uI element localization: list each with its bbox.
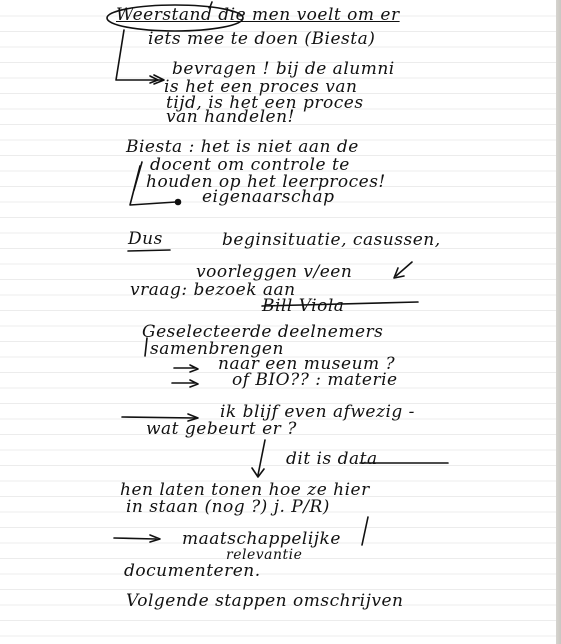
arrow-maatschappelijke	[114, 538, 156, 539]
arrow-ik-blijf	[122, 417, 196, 418]
note-line: iets mee te doen (Biesta)	[148, 30, 375, 48]
note-line: documenteren.	[124, 562, 261, 580]
note-line: dit is data	[286, 450, 378, 468]
note-line: van handelen!	[166, 108, 295, 126]
note-line: voorleggen v/een	[196, 263, 352, 281]
note-line: Weerstand die men voelt om er	[116, 6, 400, 24]
page-edge	[556, 0, 561, 644]
note-line: bevragen ! bij de alumni	[172, 60, 395, 78]
note-line: Biesta : het is niet aan de	[126, 138, 359, 156]
note-line: Volgende stappen omschrijven	[126, 592, 404, 610]
note-line: wat gebeurt er ?	[146, 420, 297, 438]
note-line: eigenaarschap	[202, 188, 335, 206]
note-line: Bill Viola	[262, 297, 344, 315]
note-line: beginsituatie, casussen,	[222, 231, 441, 249]
note-line: in staan (nog ?) j. P/R)	[126, 498, 330, 516]
note-line: Dus	[128, 230, 163, 248]
note-line: of BIO?? : materie	[232, 371, 398, 389]
